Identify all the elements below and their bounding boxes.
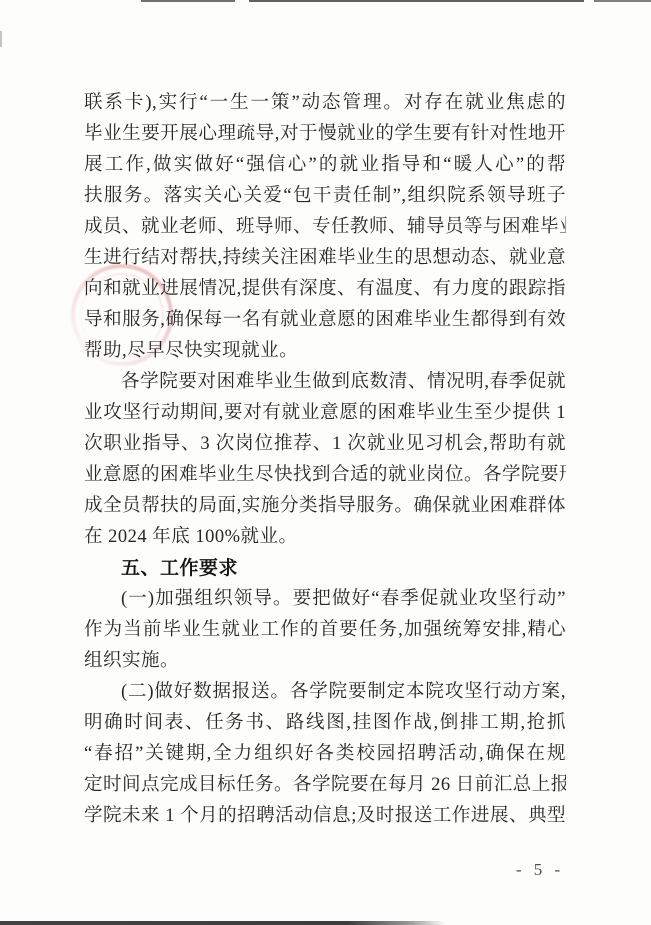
- text-line: 作为当前毕业生就业工作的首要任务,加强统筹安排,精心: [84, 615, 566, 646]
- text-line: 次职业指导、3 次岗位推荐、1 次就业见习机会,帮助有就: [84, 429, 566, 460]
- text-line: 向和就业进展情况,提供有深度、有温度、有力度的跟踪指: [84, 274, 566, 305]
- text-line: 明确时间表、任务书、路线图,挂图作战,倒排工期,抢抓: [84, 708, 566, 739]
- document-body: 联系卡),实行“一生一策”动态管理。对存在就业焦虑的 毕业生要开展心理疏导,对于…: [84, 88, 566, 832]
- text-line: 各学院要对困难毕业生做到底数清、情况明,春季促就: [84, 367, 566, 398]
- text-line: (二)做好数据报送。各学院要制定本院攻坚行动方案,: [84, 677, 566, 708]
- text-line: 组织实施。: [84, 646, 566, 677]
- scan-artifact-top-edge: [249, 0, 584, 2]
- text-line: 业攻坚行动期间,要对有就业意愿的困难毕业生至少提供 1: [84, 398, 566, 429]
- text-line: 联系卡),实行“一生一策”动态管理。对存在就业焦虑的: [84, 88, 566, 119]
- text-line: (一)加强组织领导。要把做好“春季促就业攻坚行动”: [84, 584, 566, 615]
- text-line: 展工作,做实做好“强信心”的就业指导和“暖人心”的帮: [84, 150, 566, 181]
- text-line: 成全员帮扶的局面,实施分类指导服务。确保就业困难群体: [84, 491, 566, 522]
- text-line: 帮助,尽早尽快实现就业。: [84, 336, 566, 367]
- text-line: 生进行结对帮扶,持续关注困难毕业生的思想动态、就业意: [84, 243, 566, 274]
- text-line: 导和服务,确保每一名有就业意愿的困难毕业生都得到有效: [84, 305, 566, 336]
- page-number: - 5 -: [505, 860, 575, 880]
- text-line: 定时间点完成目标任务。各学院要在每月 26 日前汇总上报: [84, 770, 566, 801]
- text-line: 业意愿的困难毕业生尽快找到合适的就业岗位。各学院要形: [84, 460, 566, 491]
- text-line: 成员、就业老师、班导师、专任教师、辅导员等与困难毕业: [84, 212, 566, 243]
- scan-artifact-top-edge: [141, 0, 235, 2]
- text-line: 在 2024 年底 100%就业。: [84, 522, 566, 553]
- text-line: 扶服务。落实关心关爱“包干责任制”,组织院系领导班子: [84, 181, 566, 212]
- scan-artifact-left-edge: [0, 31, 2, 47]
- section-heading: 五、工作要求: [84, 553, 566, 584]
- text-line: 毕业生要开展心理疏导,对于慢就业的学生要有针对性地开: [84, 119, 566, 150]
- text-line: “春招”关键期,全力组织好各类校园招聘活动,确保在规: [84, 739, 566, 770]
- text-line: 学院未来 1 个月的招聘活动信息;及时报送工作进展、典型: [84, 801, 566, 832]
- scanned-document-page: 联系卡),实行“一生一策”动态管理。对存在就业焦虑的 毕业生要开展心理疏导,对于…: [0, 0, 651, 925]
- scan-artifact-top-edge: [594, 0, 651, 2]
- scan-artifact-bottom-edge: [0, 921, 445, 925]
